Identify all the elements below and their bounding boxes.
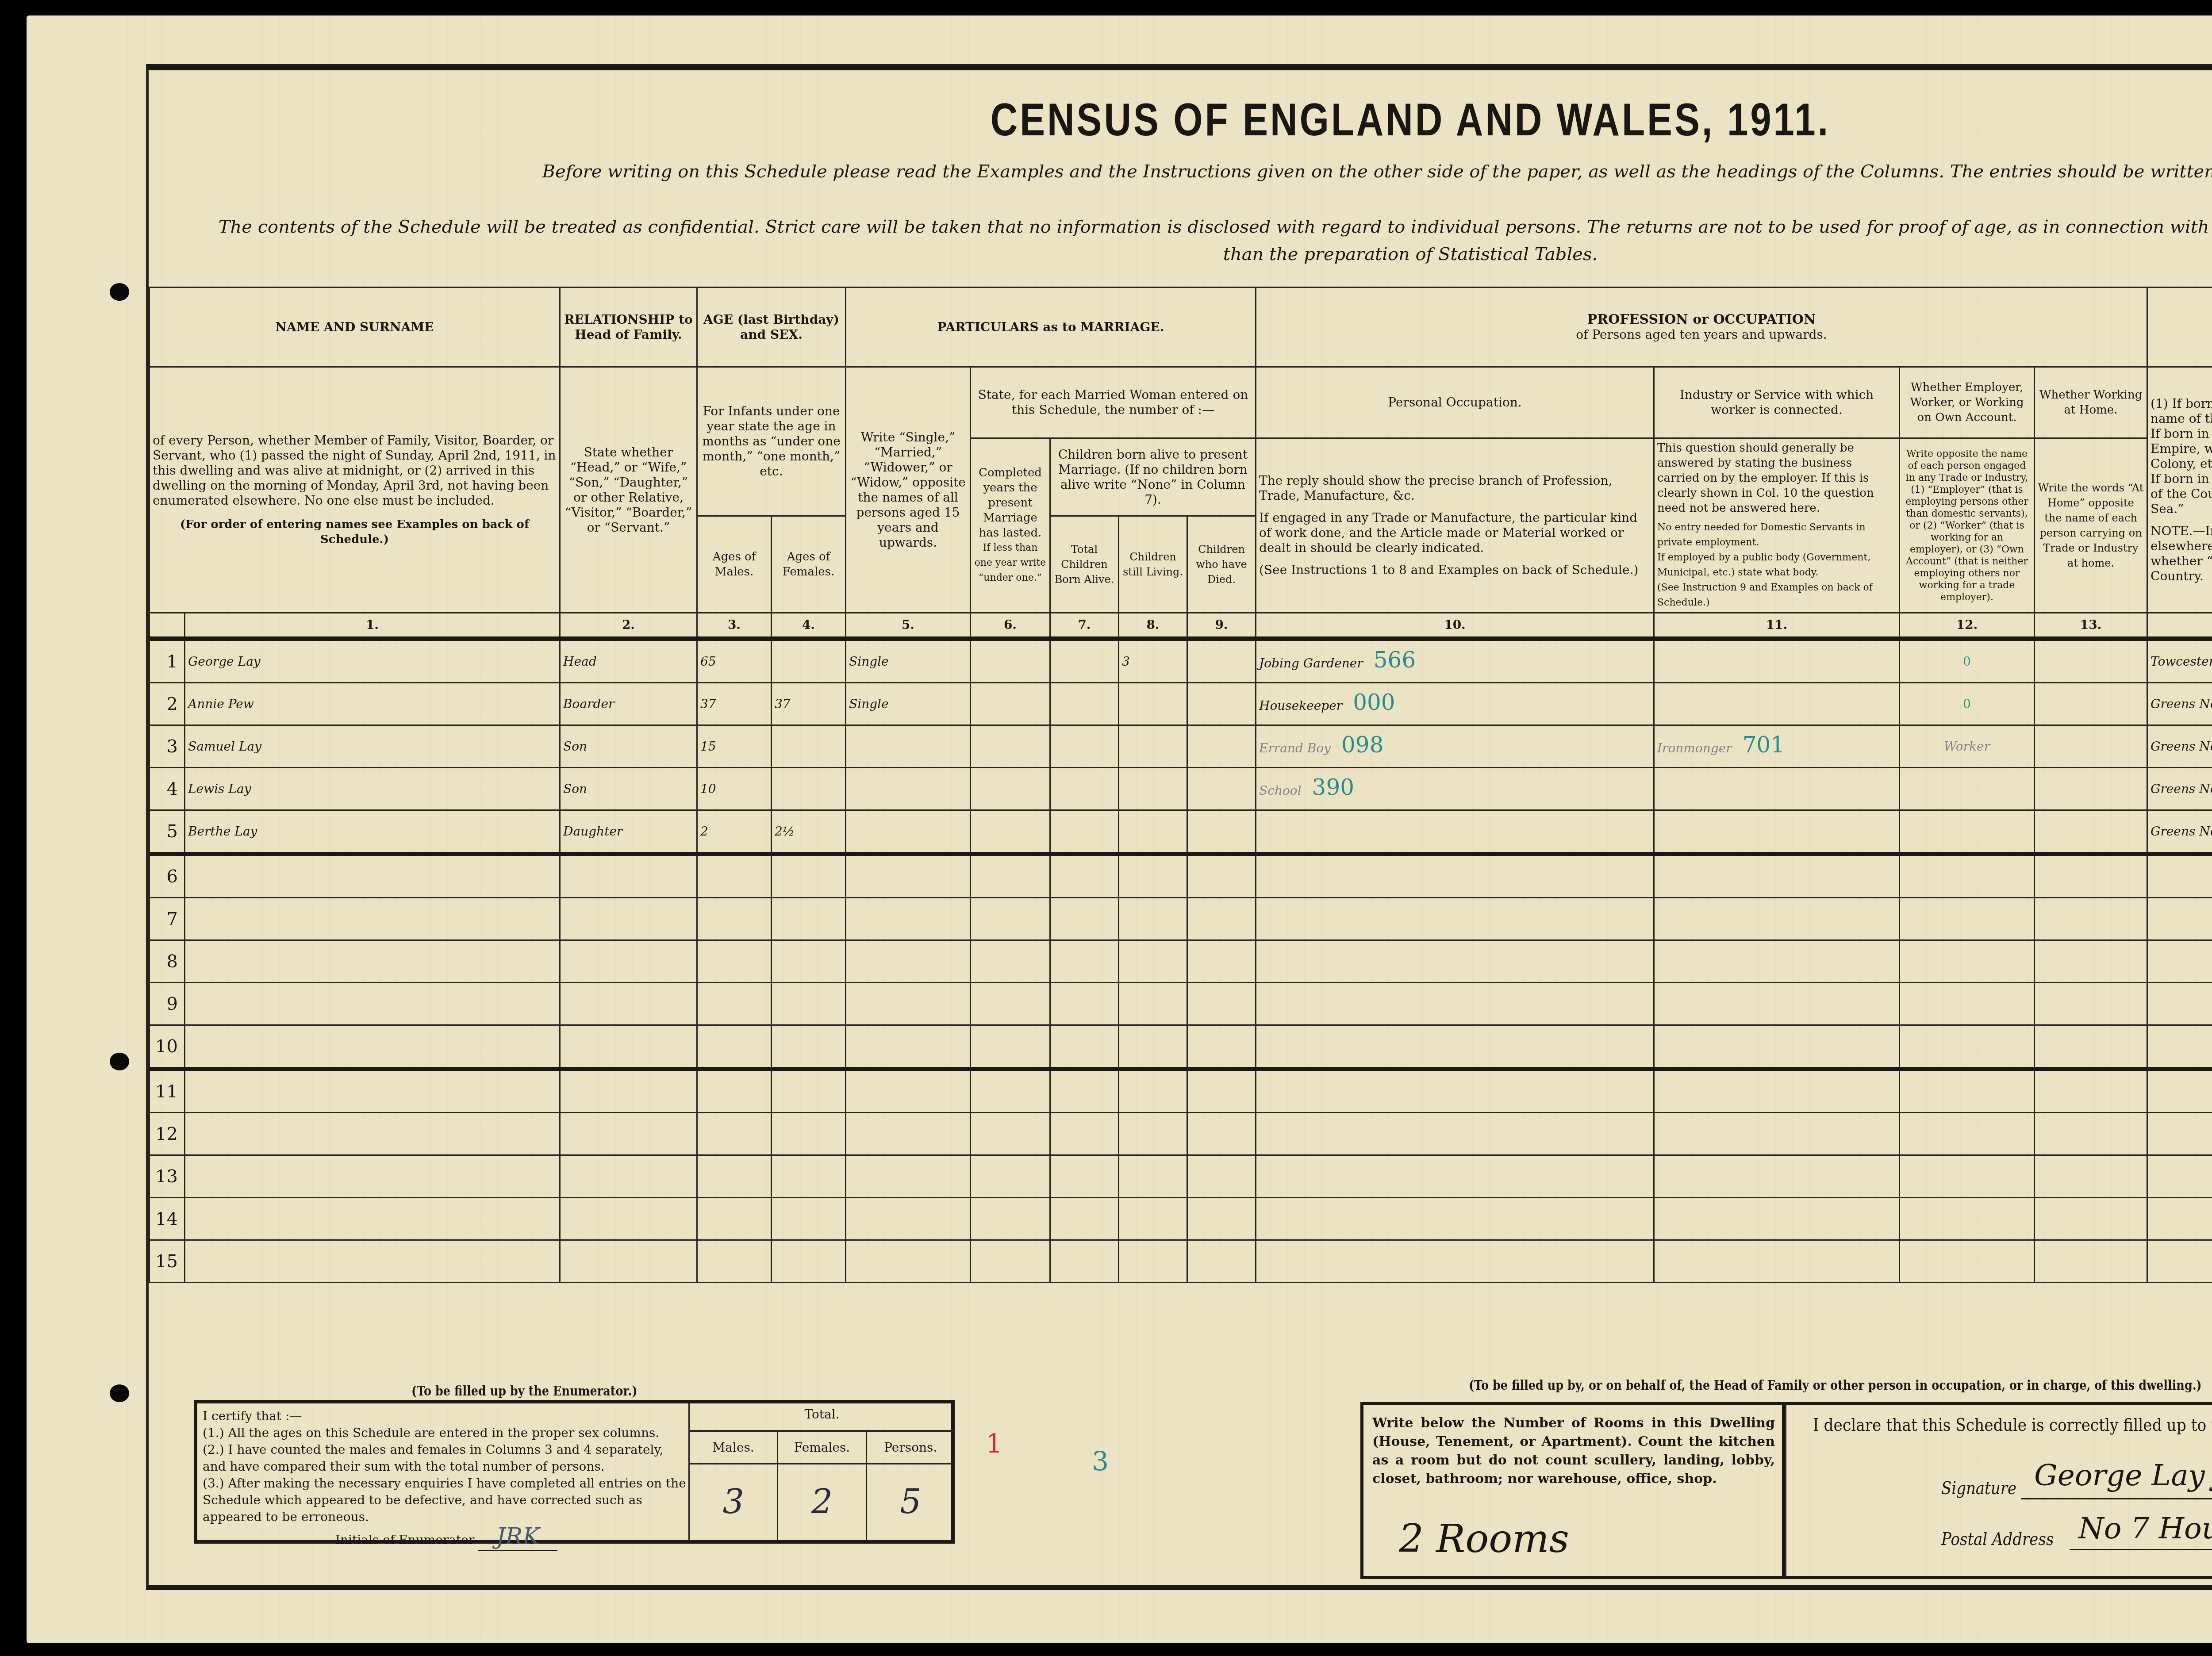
industry-cell: Ironmonger701 <box>1654 725 1900 768</box>
relationship-cell <box>560 1240 697 1283</box>
at-home-cell <box>2035 983 2147 1025</box>
employer-status-cell <box>1900 1155 2035 1198</box>
postal-address-label: Postal Address <box>1941 1529 2054 1549</box>
row-number: 12 <box>150 1113 185 1155</box>
at-home-cell <box>2035 1198 2147 1240</box>
col-num: 9. <box>1187 613 1256 639</box>
row-number: 2 <box>150 683 185 725</box>
females-label: Females. <box>778 1432 867 1463</box>
children-living-cell <box>1119 983 1187 1025</box>
relationship-cell: Boarder <box>560 683 697 725</box>
children-died-cell <box>1187 1025 1256 1069</box>
children-living-cell <box>1119 854 1187 898</box>
total-label: Total. <box>690 1407 954 1422</box>
occupation-cell <box>1256 940 1654 983</box>
at-home-cell <box>2035 683 2147 725</box>
enumerator-certificate: I certify that :— (1.) All the ages on t… <box>194 1400 955 1544</box>
marriage-cell <box>846 1198 971 1240</box>
children-died-cell <box>1187 1240 1256 1283</box>
males-label: Males. <box>690 1432 778 1463</box>
industry-cell <box>1654 1198 1900 1240</box>
table-row: 2Annie PewBoarder3737SingleHousekeeper00… <box>150 683 2212 725</box>
name-cell: George Lay <box>185 639 560 683</box>
table-row: 4Lewis LaySon10School390Greens Norton" <box>150 768 2212 810</box>
marriage-cell: Single <box>846 683 971 725</box>
relationship-cell: Daughter <box>560 810 697 854</box>
industry-cell <box>1654 854 1900 898</box>
employer-status-cell <box>1900 1240 2035 1283</box>
at-home-instructions: Write the words “At Home” opposite the n… <box>2035 438 2147 613</box>
relationship-instructions: State whether “Head,” or “Wife,” “Son,” … <box>560 367 697 613</box>
industry-cell <box>1654 983 1900 1025</box>
rooms-box: Write below the Number of Rooms in this … <box>1360 1402 1785 1579</box>
table-row: 13 <box>150 1155 2212 1198</box>
col-num: 6. <box>971 613 1050 639</box>
col-num: 7. <box>1050 613 1119 639</box>
children-living-cell <box>1119 1240 1187 1283</box>
employer-status-cell <box>1900 854 2035 898</box>
age-male-cell: 65 <box>697 639 772 683</box>
col-num: 14. <box>2147 613 2212 639</box>
years-married-cell <box>971 854 1050 898</box>
years-married-cell <box>971 683 1050 725</box>
relationship-cell: Son <box>560 725 697 768</box>
age-male-cell: 2 <box>697 810 772 854</box>
relationship-cell <box>560 1025 697 1069</box>
col-num: 2. <box>560 613 697 639</box>
at-home-cell <box>2035 898 2147 940</box>
occupation-cell <box>1256 854 1654 898</box>
died-header: Children who have Died. <box>1187 516 1256 613</box>
header-personal-occupation: Personal Occupation. <box>1256 367 1654 438</box>
years-married-cell <box>971 1025 1050 1069</box>
age-male-cell <box>697 1240 772 1283</box>
occupation-cell <box>1256 810 1654 854</box>
marriage-cell <box>846 1025 971 1069</box>
age-male-cell <box>697 1198 772 1240</box>
industry-cell <box>1654 1025 1900 1069</box>
header-name: NAME AND SURNAME <box>150 287 560 367</box>
years-married-cell <box>971 1240 1050 1283</box>
page-title: CENSUS OF ENGLAND AND WALES, 1911. <box>254 94 2212 146</box>
age-male-cell <box>697 1025 772 1069</box>
years-married-cell <box>971 725 1050 768</box>
children-died-cell <box>1187 768 1256 810</box>
age-male-cell: 10 <box>697 768 772 810</box>
children-living-cell <box>1119 1155 1187 1198</box>
at-home-cell <box>2035 1025 2147 1069</box>
total-males: 3 <box>690 1463 778 1540</box>
at-home-cell <box>2035 854 2147 898</box>
children-died-cell <box>1187 854 1256 898</box>
declaration-box: I declare that this Schedule is correctl… <box>1785 1402 2212 1579</box>
column-number-row: 1. 2. 3. 4. 5. 6. 7. 8. 9. 10. 11. 12. 1… <box>150 613 2212 639</box>
totals-box: Total. Males. Females. Persons. 3 2 5 <box>688 1403 954 1540</box>
name-cell <box>185 854 560 898</box>
children-died-cell <box>1187 639 1256 683</box>
employer-status-cell <box>1900 1113 2035 1155</box>
at-home-cell <box>2035 639 2147 683</box>
children-died-cell <box>1187 898 1256 940</box>
header-birthplace: BIRTHPLACEof every person. <box>2147 287 2212 367</box>
children-living-cell <box>1119 1113 1187 1155</box>
children-living-cell <box>1119 1198 1187 1240</box>
certify-item-3: (3.) After making the necessary enquirie… <box>203 1475 689 1526</box>
children-living-cell <box>1119 725 1187 768</box>
marriage-cell <box>846 1155 971 1198</box>
relationship-cell <box>560 898 697 940</box>
industry-instructions: This question should generally be answer… <box>1654 438 1900 613</box>
children-total-cell <box>1050 1069 1119 1113</box>
table-row: 6 <box>150 854 2212 898</box>
children-total-cell <box>1050 810 1119 854</box>
children-died-cell <box>1187 983 1256 1025</box>
occupation-cell <box>1256 1198 1654 1240</box>
at-home-cell <box>2035 1069 2147 1113</box>
marriage-cell <box>846 1113 971 1155</box>
marriage-cell <box>846 810 971 854</box>
birthplace-cell <box>2147 1198 2212 1240</box>
age-female-cell <box>772 854 846 898</box>
row-number: 3 <box>150 725 185 768</box>
children-total-cell <box>1050 639 1119 683</box>
personal-occupation-instructions: The reply should show the precise branch… <box>1256 438 1654 613</box>
occupation-cell <box>1256 1240 1654 1283</box>
relationship-cell: Son <box>560 768 697 810</box>
col-num: 11. <box>1654 613 1900 639</box>
name-cell: Annie Pew <box>185 683 560 725</box>
marriage-condition-instructions: Write “Single,” “Married,” “Widower,” or… <box>846 367 971 613</box>
children-died-cell <box>1187 940 1256 983</box>
occupation-cell: Jobing Gardener566 <box>1256 639 1654 683</box>
row-number: 1 <box>150 639 185 683</box>
age-female-cell <box>772 725 846 768</box>
completed-years-header: Completed years the present Marriage has… <box>971 438 1050 613</box>
marriage-cell <box>846 983 971 1025</box>
classification-code: 566 <box>1374 647 1416 673</box>
name-cell <box>185 1240 560 1283</box>
teal-tally-mark: 3 <box>1092 1446 1109 1477</box>
signature-value: George Lay Jobing Gardener <box>2034 1458 2212 1492</box>
industry-cell <box>1654 940 1900 983</box>
age-female-cell <box>772 1025 846 1069</box>
classification-code: 000 <box>1353 690 1395 715</box>
classification-code: 701 <box>1743 732 1785 758</box>
row-number: 4 <box>150 768 185 810</box>
relationship-cell <box>560 1113 697 1155</box>
occupation-cell <box>1256 898 1654 940</box>
birthplace-cell <box>2147 1113 2212 1155</box>
children-living-cell <box>1119 810 1187 854</box>
relationship-cell <box>560 1198 697 1240</box>
row-number: 5 <box>150 810 185 854</box>
row-number: 10 <box>150 1025 185 1069</box>
marriage-cell <box>846 898 971 940</box>
enumerator-initials: JRK <box>478 1523 557 1551</box>
years-married-cell <box>971 983 1050 1025</box>
married-woman-instructions: State, for each Married Woman entered on… <box>971 367 1256 438</box>
children-living-cell <box>1119 768 1187 810</box>
age-female-cell <box>772 940 846 983</box>
name-cell: Lewis Lay <box>185 768 560 810</box>
confidential-notice: The contents of the Schedule will be tre… <box>0 217 2212 237</box>
header-age: AGE (last Birthday) and SEX. <box>697 287 846 367</box>
header-at-home: Whether Working at Home. <box>2035 367 2147 438</box>
children-living-cell <box>1119 940 1187 983</box>
col-num: 10. <box>1256 613 1654 639</box>
years-married-cell <box>971 1113 1050 1155</box>
header-row-desc: of every Person, whether Member of Famil… <box>150 367 2212 438</box>
head-of-family-heading: (To be filled up by, or on behalf of, th… <box>1469 1378 2202 1393</box>
age-female-cell <box>772 1069 846 1113</box>
col-num: 4. <box>772 613 846 639</box>
employer-status-cell <box>1900 1198 2035 1240</box>
total-born-header: Total Children Born Alive. <box>1050 516 1119 613</box>
row-number: 6 <box>150 854 185 898</box>
industry-cell <box>1654 1155 1900 1198</box>
occupation-cell: Housekeeper000 <box>1256 683 1654 725</box>
name-cell <box>185 940 560 983</box>
children-living-cell <box>1119 1069 1187 1113</box>
years-married-cell <box>971 1069 1050 1113</box>
still-living-header: Children still Living. <box>1119 516 1187 613</box>
relationship-cell <box>560 940 697 983</box>
occupation-cell <box>1256 1025 1654 1069</box>
children-living-cell <box>1119 898 1187 940</box>
birthplace-instructions: (1) If born in the United Kingdom, write… <box>2147 367 2212 613</box>
name-cell <box>185 1155 560 1198</box>
children-died-cell <box>1187 1155 1256 1198</box>
name-cell: Samuel Lay <box>185 725 560 768</box>
children-header: Children born alive to present Marriage.… <box>1050 438 1256 516</box>
birthplace-cell <box>2147 983 2212 1025</box>
children-total-cell <box>1050 725 1119 768</box>
age-male-cell <box>697 983 772 1025</box>
initials-label: Initials of Enumerator <box>335 1533 475 1547</box>
age-female-cell <box>772 1155 846 1198</box>
industry-cell <box>1654 898 1900 940</box>
marriage-cell <box>846 1069 971 1113</box>
age-male-cell: 15 <box>697 725 772 768</box>
name-cell <box>185 898 560 940</box>
children-living-cell <box>1119 1025 1187 1069</box>
red-tally-mark: 1 <box>986 1429 1002 1460</box>
birthplace-cell <box>2147 1069 2212 1113</box>
certify-item-2: (2.) I have counted the males and female… <box>203 1441 689 1475</box>
children-total-cell <box>1050 1198 1119 1240</box>
employer-status-cell: 0 <box>1900 639 2035 683</box>
header-employer: Whether Employer, Worker, or Working on … <box>1900 367 2035 438</box>
row-number: 14 <box>150 1198 185 1240</box>
table-row: 10 <box>150 1025 2212 1069</box>
children-died-cell <box>1187 725 1256 768</box>
marriage-cell <box>846 1240 971 1283</box>
col-num: 8. <box>1119 613 1187 639</box>
table-row: 12 <box>150 1113 2212 1155</box>
marriage-cell <box>846 725 971 768</box>
certify-label: I certify that :— <box>203 1408 689 1425</box>
name-cell <box>185 983 560 1025</box>
relationship-cell: Head <box>560 639 697 683</box>
at-home-cell <box>2035 768 2147 810</box>
children-total-cell <box>1050 898 1119 940</box>
at-home-cell <box>2035 725 2147 768</box>
age-female-cell <box>772 1240 846 1283</box>
years-married-cell <box>971 1155 1050 1198</box>
birthplace-cell <box>2147 1025 2212 1069</box>
census-table: NAME AND SURNAME RELATIONSHIP to Head of… <box>149 287 2212 1283</box>
rooms-instruction: Write below the Number of Rooms in this … <box>1372 1414 1775 1488</box>
birthplace-cell: Greens Norton <box>2147 810 2212 854</box>
header-relationship: RELATIONSHIP to Head of Family. <box>560 287 697 367</box>
employer-status-cell <box>1900 768 2035 810</box>
table-row: 5Berthe LayDaughter22½Greens Norton" <box>150 810 2212 854</box>
row-number: 7 <box>150 898 185 940</box>
relationship-cell <box>560 983 697 1025</box>
relationship-cell <box>560 1069 697 1113</box>
age-female-cell <box>772 768 846 810</box>
age-male-cell <box>697 854 772 898</box>
confidential-notice-cont: than the preparation of Statistical Tabl… <box>0 244 2212 264</box>
persons-label: Persons. <box>867 1432 954 1463</box>
punch-hole <box>110 1384 129 1402</box>
at-home-cell <box>2035 1155 2147 1198</box>
table-row: 3Samuel LaySon15Errand Boy098Ironmonger7… <box>150 725 2212 768</box>
name-instructions: of every Person, whether Member of Famil… <box>150 367 560 613</box>
table-row: 8 <box>150 940 2212 983</box>
name-cell: Berthe Lay <box>185 810 560 854</box>
signature-label: Signature <box>1941 1478 2016 1499</box>
total-females: 2 <box>778 1463 867 1540</box>
children-total-cell <box>1050 940 1119 983</box>
children-died-cell <box>1187 1069 1256 1113</box>
row-number: 8 <box>150 940 185 983</box>
industry-cell <box>1654 1113 1900 1155</box>
certify-item-1: (1.) All the ages on this Schedule are e… <box>203 1425 689 1441</box>
industry-cell <box>1654 768 1900 810</box>
at-home-cell <box>2035 940 2147 983</box>
employer-status-cell <box>1900 983 2035 1025</box>
children-died-cell <box>1187 810 1256 854</box>
children-living-cell: 3 <box>1119 639 1187 683</box>
occupation-cell <box>1256 983 1654 1025</box>
birthplace-cell <box>2147 1240 2212 1283</box>
birthplace-cell: Towcester <box>2147 639 2212 683</box>
table-row: 11 <box>150 1069 2212 1113</box>
children-died-cell <box>1187 1113 1256 1155</box>
table-row: 7 <box>150 898 2212 940</box>
header-industry: Industry or Service with which worker is… <box>1654 367 1900 438</box>
at-home-cell <box>2035 1240 2147 1283</box>
relationship-cell <box>560 1155 697 1198</box>
age-female-cell <box>772 639 846 683</box>
employer-status-cell <box>1900 898 2035 940</box>
marriage-cell <box>846 854 971 898</box>
total-persons: 5 <box>867 1463 954 1540</box>
years-married-cell <box>971 898 1050 940</box>
rooms-value: 2 Rooms <box>1399 1516 1569 1561</box>
birthplace-cell <box>2147 854 2212 898</box>
employer-status-cell <box>1900 810 2035 854</box>
postal-address-value: No 7 House 2 Square Nelson Street <box>2078 1511 2212 1545</box>
children-died-cell <box>1187 683 1256 725</box>
age-male-cell <box>697 940 772 983</box>
children-living-cell <box>1119 683 1187 725</box>
row-number: 13 <box>150 1155 185 1198</box>
age-female-cell <box>772 898 846 940</box>
col-num: 3. <box>697 613 772 639</box>
age-male-cell <box>697 1155 772 1198</box>
ages-females-header: Ages of Females. <box>772 516 846 613</box>
age-female-cell: 2½ <box>772 810 846 854</box>
employer-status-cell <box>1900 1025 2035 1069</box>
occupation-cell: School390 <box>1256 768 1654 810</box>
age-male-cell: 37 <box>697 683 772 725</box>
row-number: 9 <box>150 983 185 1025</box>
name-cell <box>185 1069 560 1113</box>
age-male-cell <box>697 1113 772 1155</box>
marriage-cell <box>846 768 971 810</box>
years-married-cell <box>971 940 1050 983</box>
table-row: 9 <box>150 983 2212 1025</box>
row-number: 15 <box>150 1240 185 1283</box>
name-cell <box>185 1113 560 1155</box>
years-married-cell <box>971 810 1050 854</box>
classification-code: 390 <box>1312 774 1354 800</box>
industry-cell <box>1654 1069 1900 1113</box>
age-female-cell <box>772 1113 846 1155</box>
col-num: 1. <box>185 613 560 639</box>
header-row-top: NAME AND SURNAME RELATIONSHIP to Head of… <box>150 287 2212 367</box>
header-marriage: PARTICULARS as to MARRIAGE. <box>846 287 1256 367</box>
employer-status-cell <box>1900 1069 2035 1113</box>
age-female-cell: 37 <box>772 683 846 725</box>
industry-cell <box>1654 1240 1900 1283</box>
at-home-cell <box>2035 1113 2147 1155</box>
industry-cell <box>1654 639 1900 683</box>
birthplace-cell <box>2147 898 2212 940</box>
name-cell <box>185 1198 560 1240</box>
children-total-cell <box>1050 1025 1119 1069</box>
age-female-cell <box>772 983 846 1025</box>
table-row: 14 <box>150 1198 2212 1240</box>
age-male-cell <box>697 1069 772 1113</box>
header-occupation: PROFESSION or OCCUPATIONof Persons aged … <box>1256 287 2147 367</box>
years-married-cell <box>971 639 1050 683</box>
relationship-cell <box>560 854 697 898</box>
birthplace-cell <box>2147 1155 2212 1198</box>
name-cell <box>185 1025 560 1069</box>
table-row: 1George LayHead65Single3Jobing Gardener5… <box>150 639 2212 683</box>
children-total-cell <box>1050 1240 1119 1283</box>
col-num: 13. <box>2035 613 2147 639</box>
birthplace-cell: Greens Norton <box>2147 768 2212 810</box>
col-num: 12. <box>1900 613 2035 639</box>
col-num: 5. <box>846 613 971 639</box>
row-number: 11 <box>150 1069 185 1113</box>
employer-status-cell: 0 <box>1900 683 2035 725</box>
industry-cell <box>1654 810 1900 854</box>
children-total-cell <box>1050 768 1119 810</box>
age-female-cell <box>772 1198 846 1240</box>
occupation-cell <box>1256 1069 1654 1113</box>
birthplace-cell <box>2147 940 2212 983</box>
children-total-cell <box>1050 1113 1119 1155</box>
punch-hole <box>110 1053 129 1070</box>
children-total-cell <box>1050 854 1119 898</box>
employer-status-cell: Worker <box>1900 725 2035 768</box>
occupation-cell <box>1256 1113 1654 1155</box>
